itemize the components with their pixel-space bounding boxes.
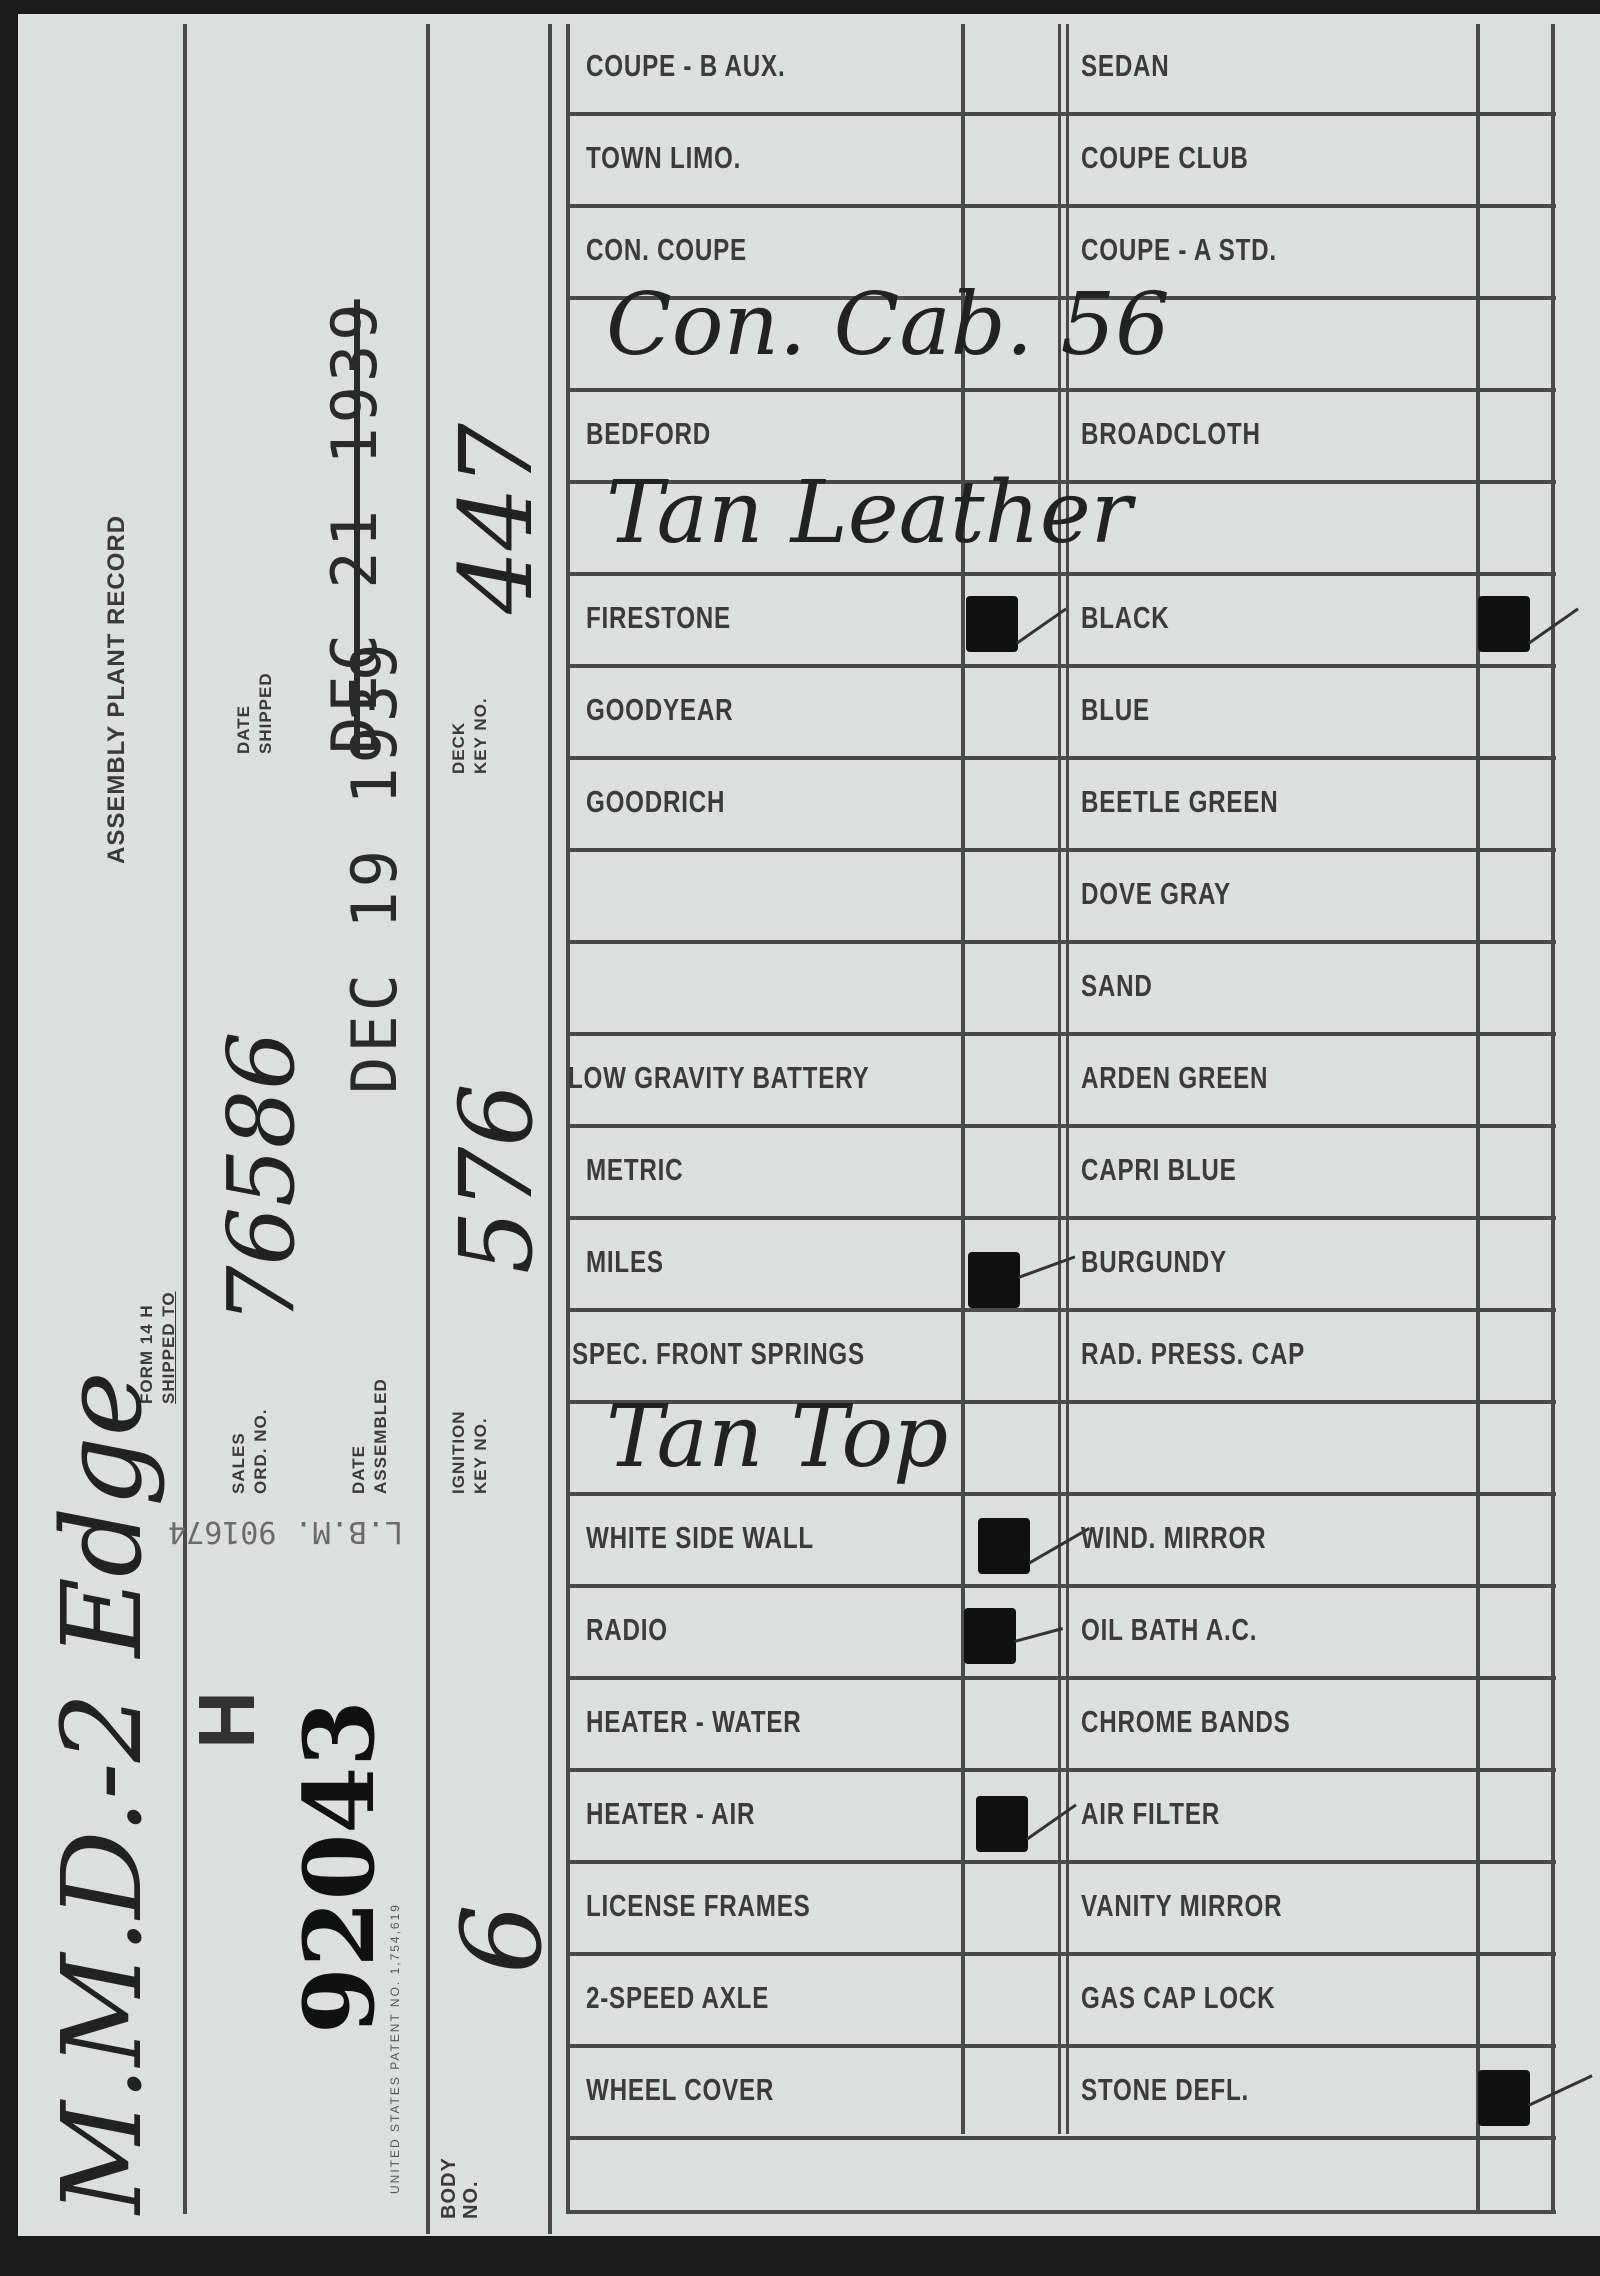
option-label: CHROME BANDS <box>1081 1704 1291 1740</box>
handwritten-body-type: Con. Cab. 56 <box>606 282 1170 368</box>
checked-mark <box>966 596 1018 652</box>
table-row: WHEEL COVER STONE DEFL. <box>566 2044 1556 2136</box>
option-label: BLACK <box>1081 600 1170 636</box>
stamp-letter: H <box>181 1691 273 1749</box>
option-label: VANITY MIRROR <box>1081 1888 1282 1924</box>
option-label: COUPE - B AUX. <box>586 48 785 84</box>
check-tick <box>1528 608 1579 645</box>
sales-ord-no-value: 76586 <box>208 1031 315 1324</box>
option-label: LICENSE FRAMES <box>586 1888 811 1924</box>
sales-ord-no-label: SALES ORD. NO. <box>228 1384 272 1494</box>
check-tick <box>1016 608 1067 645</box>
option-label: RAD. PRESS. CAP <box>1081 1336 1305 1372</box>
column-rule <box>183 24 187 2214</box>
option-label: BEETLE GREEN <box>1081 784 1278 820</box>
deck-key-no-value: 447 <box>438 423 555 614</box>
options-table: COUPE - B AUX. SEDAN TOWN LIMO. COUPE CL… <box>566 14 1556 2214</box>
patent-note: UNITED STATES PATENT NO. 1,754,619 <box>388 1903 402 2194</box>
option-label: BEDFORD <box>586 416 711 452</box>
table-row-handwritten: Tan Top <box>566 1400 1556 1492</box>
checked-mark <box>1478 596 1530 652</box>
date-shipped-label: DATE SHIPPED <box>233 674 277 754</box>
ignition-key-no-value: 576 <box>438 1083 555 1274</box>
deck-key-no-label: DECK KEY NO. <box>448 684 492 774</box>
checked-mark <box>978 1518 1030 1574</box>
ignition-key-no-label: IGNITION KEY NO. <box>448 1374 492 1494</box>
row-rule <box>566 2136 1556 2140</box>
option-label: HEATER - AIR <box>586 1796 755 1832</box>
option-label: TOWN LIMO. <box>586 140 741 176</box>
option-label: AIR FILTER <box>1081 1796 1220 1832</box>
body-no-value: 6 <box>438 1904 566 1974</box>
check-tick <box>1026 1804 1077 1841</box>
option-label: COUPE - A STD. <box>1081 232 1277 268</box>
table-row: TOWN LIMO. COUPE CLUB <box>566 112 1556 204</box>
table-row-handwritten: Tan Leather <box>566 480 1556 572</box>
table-row-handwritten: Con. Cab. 56 <box>566 296 1556 388</box>
option-label: MILES <box>586 1244 664 1280</box>
table-row: DOVE GRAY <box>566 848 1556 940</box>
table-row: METRIC CAPRI BLUE <box>566 1124 1556 1216</box>
table-row: 2-SPEED AXLE GAS CAP LOCK <box>566 1952 1556 2044</box>
option-label: COUPE CLUB <box>1081 140 1249 176</box>
option-label: GOODYEAR <box>586 692 733 728</box>
option-label: LOW GRAVITY BATTERY <box>568 1060 869 1096</box>
option-label: SAND <box>1081 968 1153 1004</box>
serial-number: 92043 <box>283 1700 396 2034</box>
form-title: ASSEMBLY PLANT RECORD <box>106 515 128 864</box>
date-shipped-value: DEC 21 1939 <box>318 299 391 754</box>
column-rule <box>426 24 430 2234</box>
row-rule <box>566 2210 1556 2214</box>
checked-mark <box>976 1796 1028 1852</box>
option-label: WHITE SIDE WALL <box>586 1520 814 1556</box>
option-label: GOODRICH <box>586 784 725 820</box>
date-assembled-label: DATE ASSEMBLED <box>348 1364 392 1494</box>
option-label: SEDAN <box>1081 48 1170 84</box>
option-label: GAS CAP LOCK <box>1081 1980 1275 2016</box>
option-label: METRIC <box>586 1152 683 1188</box>
checked-mark <box>968 1252 1020 1308</box>
checked-mark <box>964 1608 1016 1664</box>
option-label: BLUE <box>1081 692 1150 728</box>
option-label: STONE DEFL. <box>1081 2072 1249 2108</box>
option-label: BURGUNDY <box>1081 1244 1227 1280</box>
option-label: CAPRI BLUE <box>1081 1152 1237 1188</box>
printer-code: L.B.M. 901674 <box>168 1514 403 1549</box>
option-label: 2-SPEED AXLE <box>586 1980 769 2016</box>
option-label: ARDEN GREEN <box>1081 1060 1268 1096</box>
option-label: SPEC. FRONT SPRINGS <box>572 1336 865 1372</box>
table-row: HEATER - WATER CHROME BANDS <box>566 1676 1556 1768</box>
checked-mark <box>1478 2070 1530 2126</box>
option-label: WIND. MIRROR <box>1081 1520 1266 1556</box>
table-row: SAND <box>566 940 1556 1032</box>
option-label: BROADCLOTH <box>1081 416 1261 452</box>
check-tick <box>1014 1627 1063 1643</box>
option-label: WHEEL COVER <box>586 2072 774 2108</box>
handwritten-top: Tan Top <box>606 1394 948 1480</box>
table-row: RADIO OIL BATH A.C. <box>566 1584 1556 1676</box>
handwritten-trim: Tan Leather <box>606 470 1132 556</box>
check-tick <box>1528 2074 1593 2106</box>
option-label: DOVE GRAY <box>1081 876 1231 912</box>
table-row: GOODYEAR BLUE <box>566 664 1556 756</box>
table-row: WHITE SIDE WALL WIND. MIRROR <box>566 1492 1556 1584</box>
table-row: FIRESTONE BLACK <box>566 572 1556 664</box>
option-label: RADIO <box>586 1612 668 1648</box>
table-row: MILES BURGUNDY <box>566 1216 1556 1308</box>
table-row: LOW GRAVITY BATTERY ARDEN GREEN <box>566 1032 1556 1124</box>
table-row: HEATER - AIR AIR FILTER <box>566 1768 1556 1860</box>
check-tick <box>1018 1255 1075 1278</box>
option-label: CON. COUPE <box>586 232 747 268</box>
table-row: COUPE - B AUX. SEDAN <box>566 20 1556 112</box>
option-label: HEATER - WATER <box>586 1704 802 1740</box>
option-label: OIL BATH A.C. <box>1081 1612 1257 1648</box>
table-row: LICENSE FRAMES VANITY MIRROR <box>566 1860 1556 1952</box>
shipped-to-value: M.M.D.-2 Edge <box>38 1371 166 2214</box>
table-row: GOODRICH BEETLE GREEN <box>566 756 1556 848</box>
assembly-plant-record-card: ASSEMBLY PLANT RECORD FORM 14 H SHIPPED … <box>18 14 1600 2236</box>
body-no-label: BODY NO. <box>438 2149 482 2219</box>
option-label: FIRESTONE <box>586 600 731 636</box>
